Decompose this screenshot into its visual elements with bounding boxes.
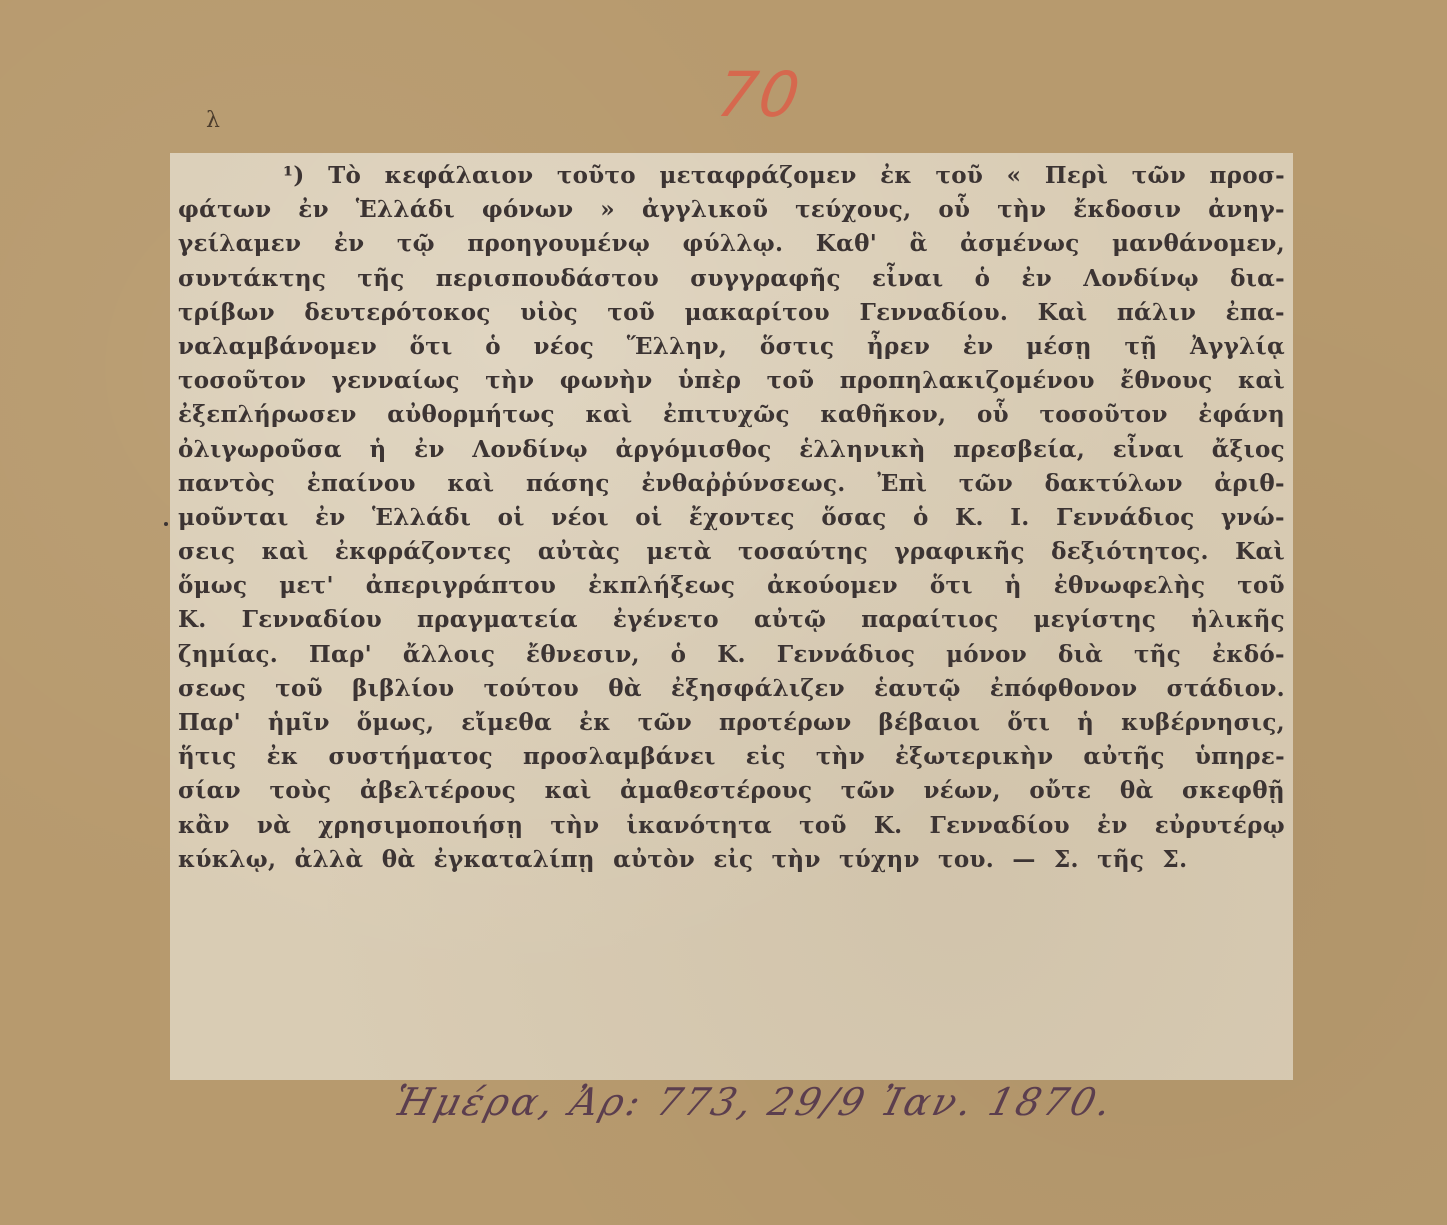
word: ἐν	[1097, 809, 1128, 843]
word: Τὸ	[328, 159, 361, 193]
word: κἂν	[178, 809, 230, 843]
word: Κ.	[178, 603, 207, 637]
word: εὐρυτέρῳ	[1155, 809, 1285, 843]
word: μετὰ	[647, 535, 712, 569]
word: σκεφθῇ	[1182, 774, 1285, 808]
word: ἐν	[334, 227, 365, 261]
clipping-line: συντάκτηςτῆςπερισπουδάστουσυγγραφῆςεἶναι…	[178, 262, 1285, 296]
word: ἀμαθεστέρους	[620, 774, 812, 808]
word: πάλιν	[1117, 296, 1196, 330]
word: Ἕλλην,	[627, 330, 728, 364]
word: προτέρων	[719, 706, 851, 740]
word: οὗ	[938, 193, 970, 227]
word: ἡ	[370, 433, 387, 467]
word: πραγματεία	[417, 603, 578, 637]
word: ¹)	[283, 159, 305, 193]
word: γείλαμεν	[178, 227, 301, 261]
word: ἐκπλήξεως	[588, 569, 735, 603]
word: Ἐπὶ	[877, 467, 927, 501]
word: Ἀγγλίᾳ	[1190, 330, 1285, 364]
word: νέων,	[924, 774, 1001, 808]
word: Κ.	[874, 809, 903, 843]
word: Περὶ	[1045, 159, 1108, 193]
word: τὴν	[997, 193, 1046, 227]
word: εἶναι	[872, 262, 943, 296]
word: τούτου	[484, 672, 579, 706]
word: ἐξησφάλιζεν	[671, 672, 845, 706]
word: ἐκ	[579, 706, 611, 740]
word: διὰ	[1058, 638, 1103, 672]
word: ὁ	[913, 501, 929, 535]
word: ἀσμένως	[960, 227, 1079, 261]
word: προπηλακιζομένου	[840, 364, 1095, 398]
word: τοσαύτης	[738, 535, 868, 569]
word: ὑπὲρ	[678, 364, 741, 398]
word: νὰ	[257, 809, 291, 843]
word: ὅστις	[760, 330, 834, 364]
word: ἔθνεσιν,	[526, 638, 640, 672]
clipping-line: τρίβωνδευτερότοκοςυἱὸςτοῦμακαρίτουΓενναδ…	[178, 296, 1285, 330]
clipping-line: τοσοῦτονγενναίωςτὴνφωνὴνὑπὲρτοῦπροπηλακι…	[178, 364, 1285, 398]
word: ὀλιγωροῦσα	[178, 433, 342, 467]
word: τεύχους,	[795, 193, 911, 227]
word: Καὶ	[1038, 296, 1088, 330]
word: οὗ	[977, 398, 1009, 432]
word: ἀπεριγράπτου	[366, 569, 556, 603]
word: ὅτι	[1007, 706, 1050, 740]
word: τῇ	[1125, 330, 1158, 364]
word: Κ.	[717, 638, 746, 672]
word: ἦρεν	[867, 330, 930, 364]
word: ἐπιτυχῶς	[663, 398, 790, 432]
word: ὅτι	[930, 569, 973, 603]
word: καὶ	[545, 774, 592, 808]
word: καὶ	[585, 398, 632, 432]
clipping-line: φάτωνἐνἙλλάδιφόνων»ἀγγλικοῦτεύχους,οὗτὴν…	[178, 193, 1285, 227]
word: αὐτῆς	[1083, 740, 1164, 774]
word: τοῦ	[275, 672, 323, 706]
word: νέοι	[551, 501, 609, 535]
page-number-annotation: 70	[713, 58, 806, 131]
word: ὅσας	[821, 501, 886, 535]
word: αὐτῷ	[754, 603, 826, 637]
word: »	[600, 193, 615, 227]
clipping-line: ¹)Τὸκεφάλαιοντοῦτομεταφράζομενἐκτοῦ«Περὶ…	[178, 159, 1285, 193]
word: τῶν	[1132, 159, 1186, 193]
word: τὴν	[816, 740, 865, 774]
word: οἱ	[498, 501, 525, 535]
word: ὁ	[485, 330, 501, 364]
word: τῶν	[959, 467, 1013, 501]
word: τῆς	[357, 262, 404, 296]
word: δια-	[1230, 262, 1285, 296]
word: μόνον	[946, 638, 1027, 672]
word: μεγίστης	[1034, 603, 1157, 637]
word: παραίτιος	[861, 603, 998, 637]
word: τῆς	[1134, 638, 1181, 672]
word: ἐν	[414, 433, 445, 467]
word: Γεννάδιος	[777, 638, 915, 672]
handwritten-source-note: Ἡμέρα, Ἀρ: 773, 29/9 Ἰαν. 1870.	[390, 1080, 1119, 1124]
word: τοσοῦτον	[1039, 398, 1167, 432]
margin-dot	[164, 522, 168, 526]
clipping-line: ὅμωςμετ'ἀπεριγράπτουἐκπλήξεωςἀκούομενὅτι…	[178, 569, 1285, 603]
clipping-line: γείλαμενἐντῷπροηγουμένῳφύλλῳ.Καθ'ἃἀσμένω…	[178, 227, 1285, 261]
word: τῶν	[841, 774, 895, 808]
word: ἐν	[963, 330, 994, 364]
clipping-line: ἐξεπλήρωσεναὐθορμήτωςκαὶἐπιτυχῶςκαθῆκον,…	[178, 398, 1285, 432]
word: ὁ	[671, 638, 687, 672]
word: καὶ	[447, 467, 494, 501]
word: τοῦ	[935, 159, 983, 193]
word: περισπουδάστου	[436, 262, 659, 296]
clipping-line: ναλαμβάνομενὅτιὁνέοςἝλλην,ὅστιςἦρενἐνμέσ…	[178, 330, 1285, 364]
word: μεταφράζομεν	[659, 159, 856, 193]
word: εἶναι	[1113, 433, 1184, 467]
word: τῶν	[638, 706, 692, 740]
word: οἱ	[635, 501, 662, 535]
word: σεις	[178, 535, 235, 569]
word: δεξιότητος.	[1051, 535, 1209, 569]
word: πρεσβεία,	[953, 433, 1085, 467]
word: Γενναδίου	[930, 809, 1070, 843]
word: ἑαυτῷ	[874, 672, 961, 706]
clipping-line: ἥτιςἐκσυστήματοςπροσλαμβάνειεἰςτὴνἐξωτερ…	[178, 740, 1285, 774]
word: ἐπαίνου	[307, 467, 416, 501]
clipping-line: ζημίας.Παρ'ἄλλοιςἔθνεσιν,ὁΚ.Γεννάδιοςμόν…	[178, 638, 1285, 672]
word: γραφικῆς	[894, 535, 1024, 569]
word: ἐκ	[880, 159, 912, 193]
word: ὅμως	[178, 569, 247, 603]
word: ἐγένετο	[613, 603, 719, 637]
word: τοῦ	[1237, 569, 1285, 603]
clipping-line: Κ.Γενναδίουπραγματείαἐγένετοαὐτῷπαραίτιο…	[178, 603, 1285, 637]
word: γνώ-	[1221, 501, 1285, 535]
word: Λονδίνῳ	[472, 433, 588, 467]
word: προσ-	[1209, 159, 1284, 193]
word: ἔχοντες	[689, 501, 795, 535]
word: θὰ	[608, 672, 642, 706]
word: δακτύλων	[1045, 467, 1183, 501]
word: πάσης	[526, 467, 610, 501]
word: Κ.	[955, 501, 984, 535]
word: ἐν	[1022, 262, 1053, 296]
word: τοῦ	[799, 809, 847, 843]
word: Γενναδίου.	[859, 296, 1008, 330]
word: εἰς	[746, 740, 786, 774]
word: Καὶ	[1235, 535, 1285, 569]
word: ἠλικῆς	[1191, 603, 1285, 637]
word: ἀνηγ-	[1208, 193, 1285, 227]
word: ἐν	[315, 501, 346, 535]
word: ὑπηρε-	[1195, 740, 1285, 774]
clipping-line: Παρ'ἡμῖνὅμως,εἴμεθαἐκτῶνπροτέρωνβέβαιοιὅ…	[178, 706, 1285, 740]
word: ἐκδό-	[1212, 638, 1285, 672]
clipping-line: κἂννὰχρησιμοποιήσῃτὴνἱκανότητατοῦΚ.Γεννα…	[178, 809, 1285, 843]
word: Παρ'	[178, 706, 241, 740]
word: φόνων	[482, 193, 573, 227]
word: ἡ	[1005, 569, 1022, 603]
word: ἐν	[298, 193, 329, 227]
word: τοῦτο	[557, 159, 636, 193]
word: ὅμως,	[357, 706, 435, 740]
word: οὔτε	[1029, 774, 1091, 808]
word: φύλλῳ.	[683, 227, 784, 261]
clipping-line: παντὸςἐπαίνουκαὶπάσηςἐνθαῤῥύνσεως.Ἐπὶτῶν…	[178, 467, 1285, 501]
corner-mark: λ	[206, 108, 220, 133]
word: φωνὴν	[560, 364, 653, 398]
word: σεως	[178, 672, 246, 706]
word: προηγουμένῳ	[467, 227, 650, 261]
word: Γεννάδιος	[1056, 501, 1194, 535]
word: τοῦ	[607, 296, 655, 330]
word: στάδιον.	[1167, 672, 1285, 706]
word: ἃ	[910, 227, 928, 261]
word: μετ'	[279, 569, 334, 603]
word: ὁ	[975, 262, 991, 296]
clipping-line: ὀλιγωροῦσαἡἐνΛονδίνῳἀργόμισθοςἑλληνικὴπρ…	[178, 433, 1285, 467]
word: συστήματος	[329, 740, 493, 774]
word: ἐξωτερικὴν	[895, 740, 1053, 774]
word: τοὺς	[269, 774, 331, 808]
word: μέσῃ	[1026, 330, 1092, 364]
clipping-line: μοῦνταιἐνἙλλάδιοἱνέοιοἱἔχοντεςὅσαςὁΚ.Ι.Γ…	[178, 501, 1285, 535]
word: δευτερότοκος	[304, 296, 490, 330]
word: συντάκτης	[178, 262, 326, 296]
word: μοῦνται	[178, 501, 289, 535]
word: ζημίας.	[178, 638, 278, 672]
word: εἴμεθα	[461, 706, 552, 740]
word: ἥτις	[178, 740, 237, 774]
word: καθῆκον,	[820, 398, 946, 432]
clipping-line: σειςκαὶἐκφράζοντεςαὐτὰςμετὰτοσαύτηςγραφι…	[178, 535, 1285, 569]
word: μακαρίτου	[685, 296, 830, 330]
word: ἐνθαῤῥύνσεως.	[641, 467, 845, 501]
word: προσλαμβάνει	[523, 740, 716, 774]
word: Καθ'	[816, 227, 877, 261]
word: νέος	[534, 330, 595, 364]
word: Ἑλλάδι	[372, 501, 471, 535]
word: ἱκανότητα	[627, 809, 772, 843]
word: ναλαμβάνομεν	[178, 330, 377, 364]
word: ἀριθ-	[1214, 467, 1285, 501]
word: τὴν	[550, 809, 599, 843]
word: «	[1007, 159, 1022, 193]
word: φάτων	[178, 193, 271, 227]
word: Ι.	[1010, 501, 1029, 535]
word: ἡμῖν	[268, 706, 330, 740]
word: ἐπα-	[1226, 296, 1285, 330]
word: τρίβων	[178, 296, 275, 330]
word: τοῦ	[767, 364, 815, 398]
word: κυβέρνησις,	[1121, 706, 1285, 740]
word: ἀγγλικοῦ	[642, 193, 768, 227]
word: βέβαιοι	[878, 706, 980, 740]
word: ἑλληνικὴ	[799, 433, 925, 467]
clipping-line: σεωςτοῦβιβλίουτούτουθὰἐξησφάλιζενἑαυτῷἐπ…	[178, 672, 1285, 706]
word: ἐκφράζοντες	[335, 535, 512, 569]
word: συγγραφῆς	[690, 262, 841, 296]
word: ἐφάνη	[1198, 398, 1285, 432]
word: αὐθορμήτως	[387, 398, 555, 432]
word: Λονδίνῳ	[1083, 262, 1199, 296]
word: υἱὸς	[520, 296, 578, 330]
word: καὶ	[262, 535, 309, 569]
word: τὴν	[485, 364, 534, 398]
word: ἡ	[1077, 706, 1094, 740]
word: ἀβελτέρους	[360, 774, 516, 808]
word: ἔθνους	[1120, 364, 1212, 398]
word: παντὸς	[178, 467, 275, 501]
word: ἐπόφθονον	[990, 672, 1138, 706]
clipping-line: σίαντοὺςἀβελτέρουςκαὶἀμαθεστέρουςτῶννέων…	[178, 774, 1285, 808]
word: ἀκούομεν	[767, 569, 898, 603]
word: αὐτὰς	[538, 535, 620, 569]
word: κεφάλαιον	[385, 159, 534, 193]
word: ἐθνωφελὴς	[1054, 569, 1206, 603]
word: Ἑλλάδι	[356, 193, 455, 227]
word: τοσοῦτον	[178, 364, 306, 398]
word: ἐκ	[267, 740, 299, 774]
word: ὅτι	[410, 330, 453, 364]
word: σίαν	[178, 774, 241, 808]
word: καὶ	[1238, 364, 1285, 398]
word: γενναίως	[332, 364, 460, 398]
newspaper-clipping: ¹)Τὸκεφάλαιοντοῦτομεταφράζομενἐκτοῦ«Περὶ…	[170, 153, 1293, 1080]
word: ἄλλοις	[403, 638, 495, 672]
word: ἀργόμισθος	[615, 433, 771, 467]
word: Γενναδίου	[242, 603, 382, 637]
word: Παρ'	[309, 638, 372, 672]
word: ἐξεπλήρωσεν	[178, 398, 357, 432]
word: ἔκδοσιν	[1073, 193, 1181, 227]
word: θὰ	[1120, 774, 1154, 808]
word: μανθάνομεν,	[1112, 227, 1285, 261]
word: ἄξιος	[1212, 433, 1285, 467]
word: χρησιμοποιήσῃ	[318, 809, 523, 843]
word: τῷ	[397, 227, 435, 261]
clipping-line: κύκλῳ, ἀλλὰ θὰ ἐγκαταλίπῃ αὐτὸν εἰς τὴν …	[178, 843, 1285, 877]
word: βιβλίου	[352, 672, 454, 706]
